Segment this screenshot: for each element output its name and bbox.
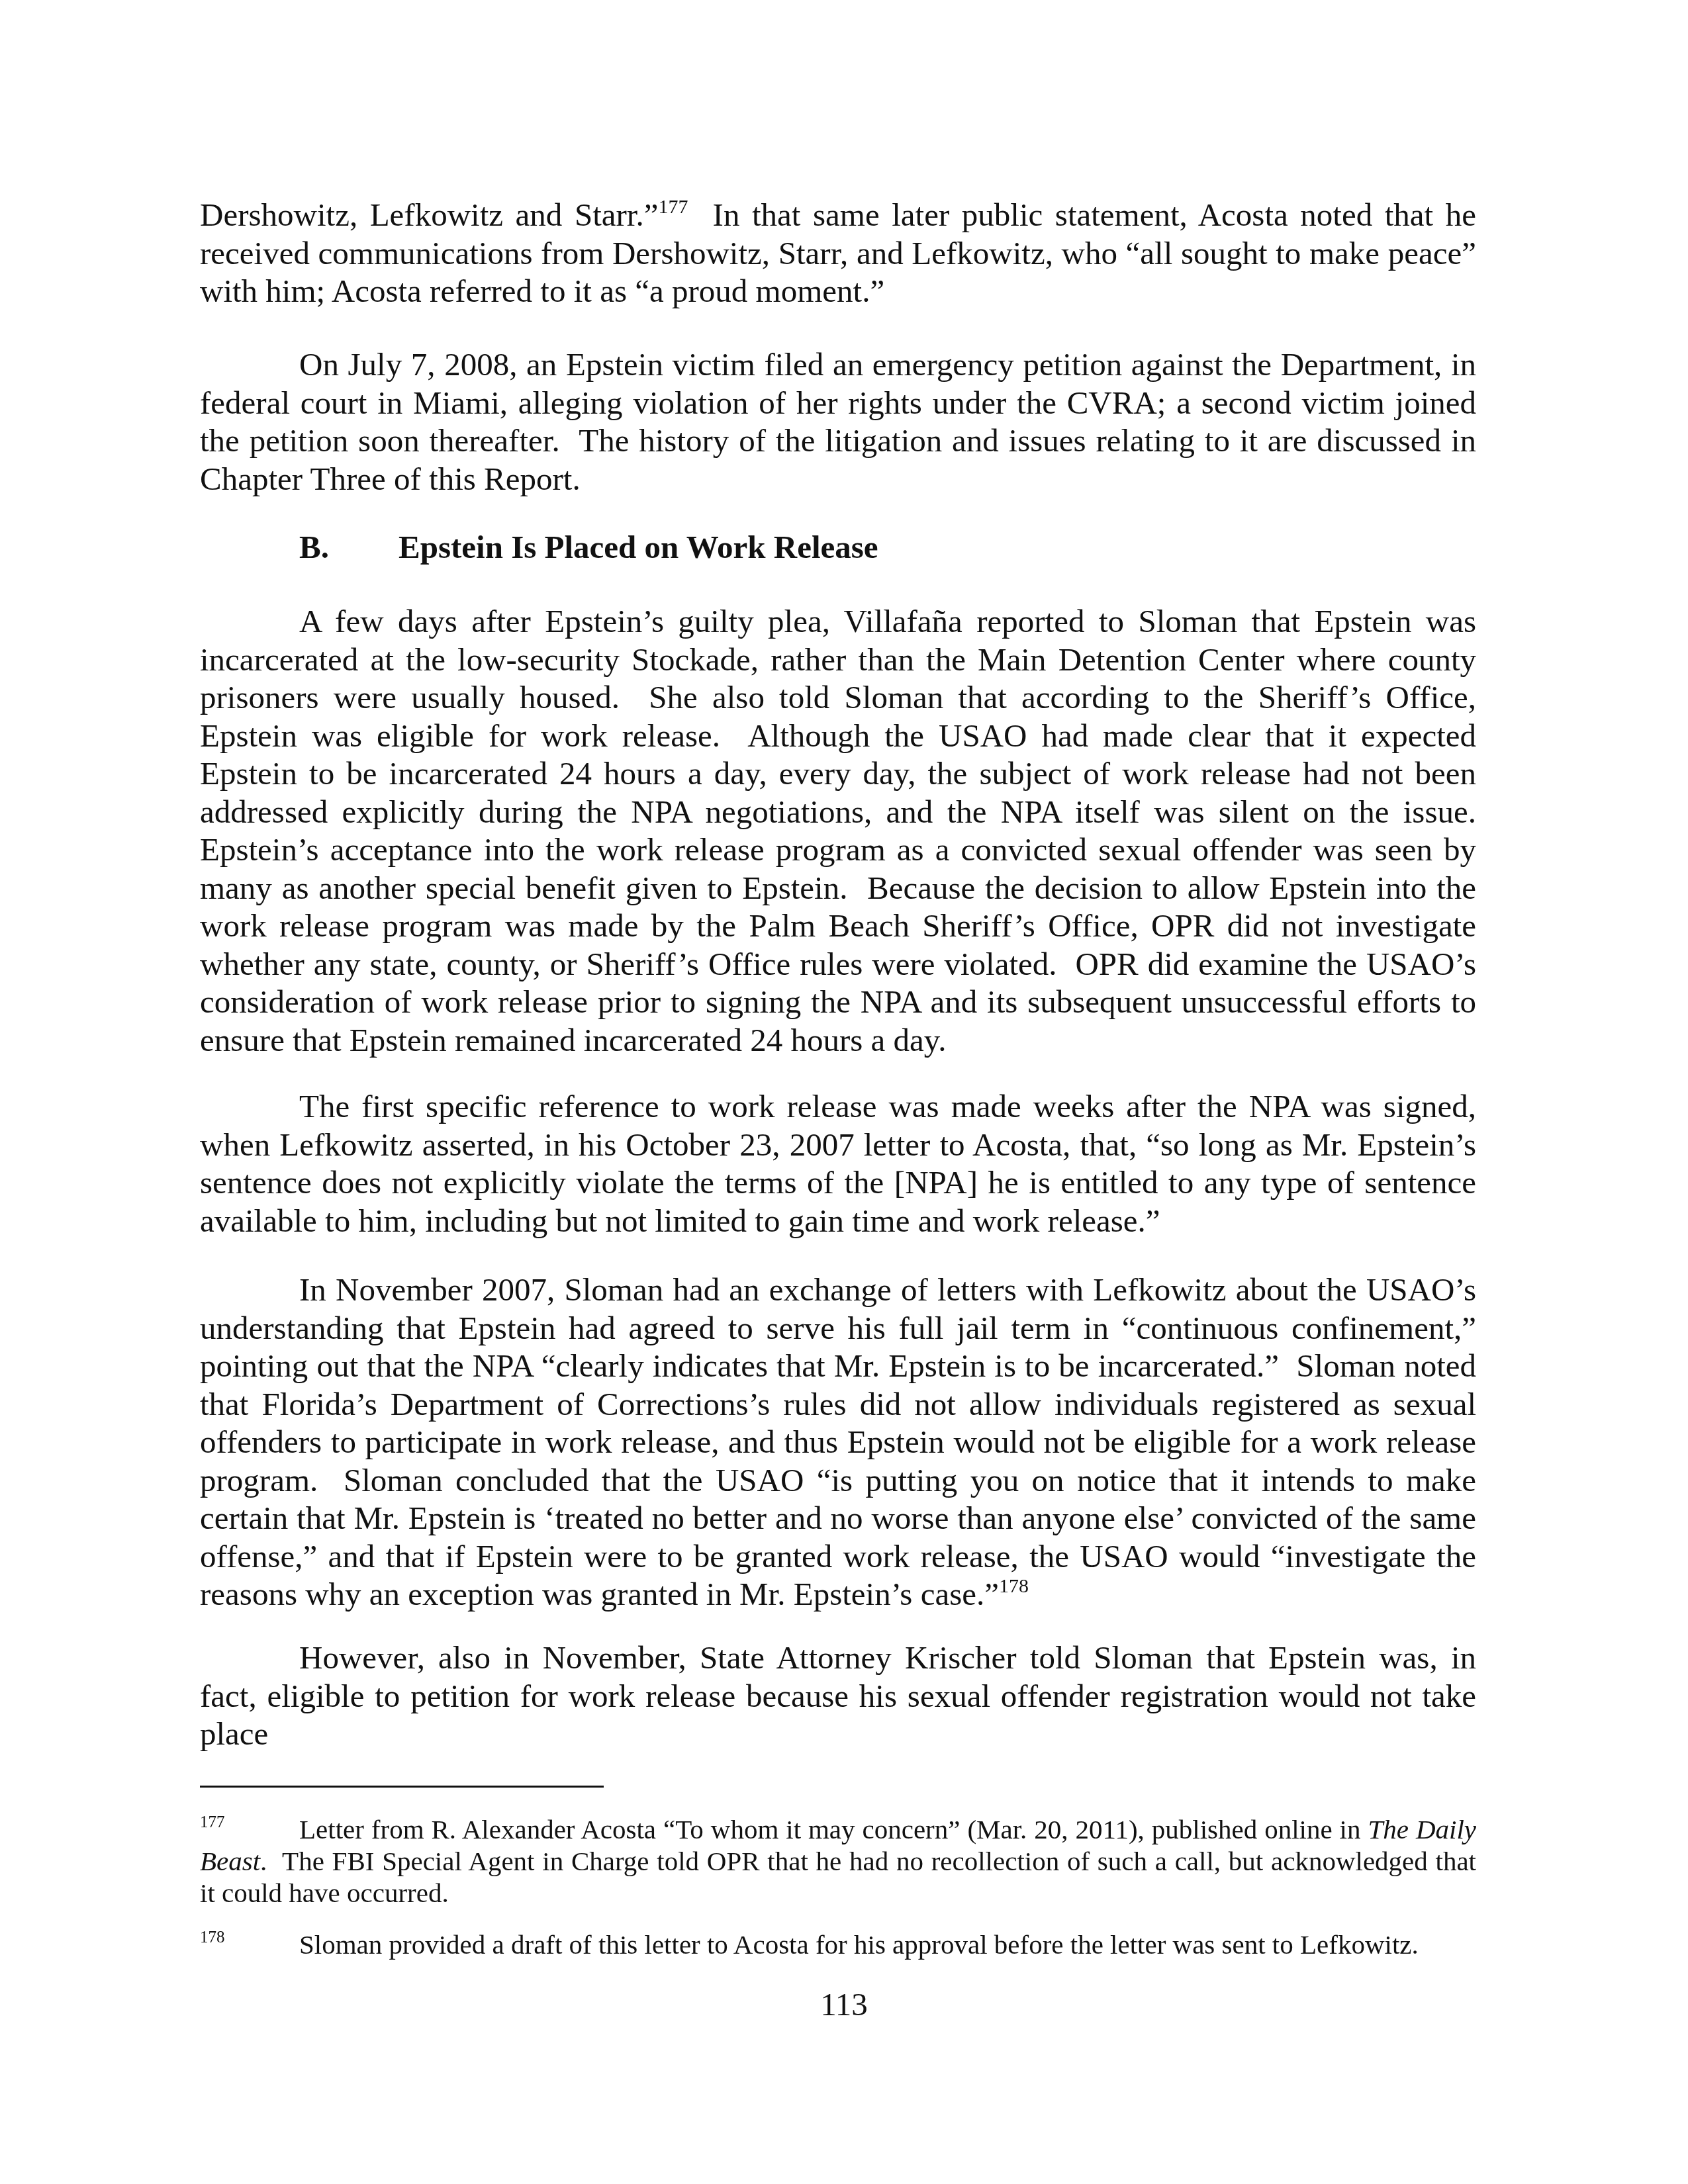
paragraph-2: On July 7, 2008, an Epstein victim filed… <box>200 345 1476 498</box>
footnote-ref-178[interactable]: 178 <box>999 1575 1029 1597</box>
paragraph-5: In November 2007, Sloman had an exchange… <box>200 1271 1476 1614</box>
footnote-177: 177Letter from R. Alexander Acosta “To w… <box>200 1813 1476 1909</box>
paragraph-text: Dershowitz, Lefkowitz and Starr.” <box>200 197 658 233</box>
paragraph-text: However, also in November, State Attorne… <box>200 1639 1476 1753</box>
footnote-ref-177[interactable]: 177 <box>658 196 688 218</box>
paragraph-text: In November 2007, Sloman had an exchange… <box>200 1271 1484 1612</box>
section-heading: B.Epstein Is Placed on Work Release <box>200 528 1476 566</box>
footnote-text: . The FBI Special Agent in Charge told O… <box>200 1846 1483 1908</box>
footnote-178: 178Sloman provided a draft of this lette… <box>200 1929 1476 1960</box>
paragraph-text: A few days after Epstein’s guilty plea, … <box>200 602 1476 1059</box>
paragraph-1: Dershowitz, Lefkowitz and Starr.”177 In … <box>200 196 1476 310</box>
paragraph-text: The first specific reference to work rel… <box>200 1087 1476 1240</box>
section-label: B. <box>299 528 399 566</box>
footnote-text: Letter from R. Alexander Acosta “To whom… <box>299 1814 1368 1844</box>
paragraph-6: However, also in November, State Attorne… <box>200 1639 1476 1753</box>
paragraph-4: The first specific reference to work rel… <box>200 1087 1476 1240</box>
footnote-text: Sloman provided a draft of this letter t… <box>299 1929 1419 1960</box>
paragraph-text: On July 7, 2008, an Epstein victim filed… <box>200 345 1476 498</box>
section-title: Epstein Is Placed on Work Release <box>399 529 878 565</box>
paragraph-3: A few days after Epstein’s guilty plea, … <box>200 602 1476 1059</box>
page-number: 113 <box>0 1985 1688 2023</box>
footnote-separator <box>200 1786 604 1788</box>
